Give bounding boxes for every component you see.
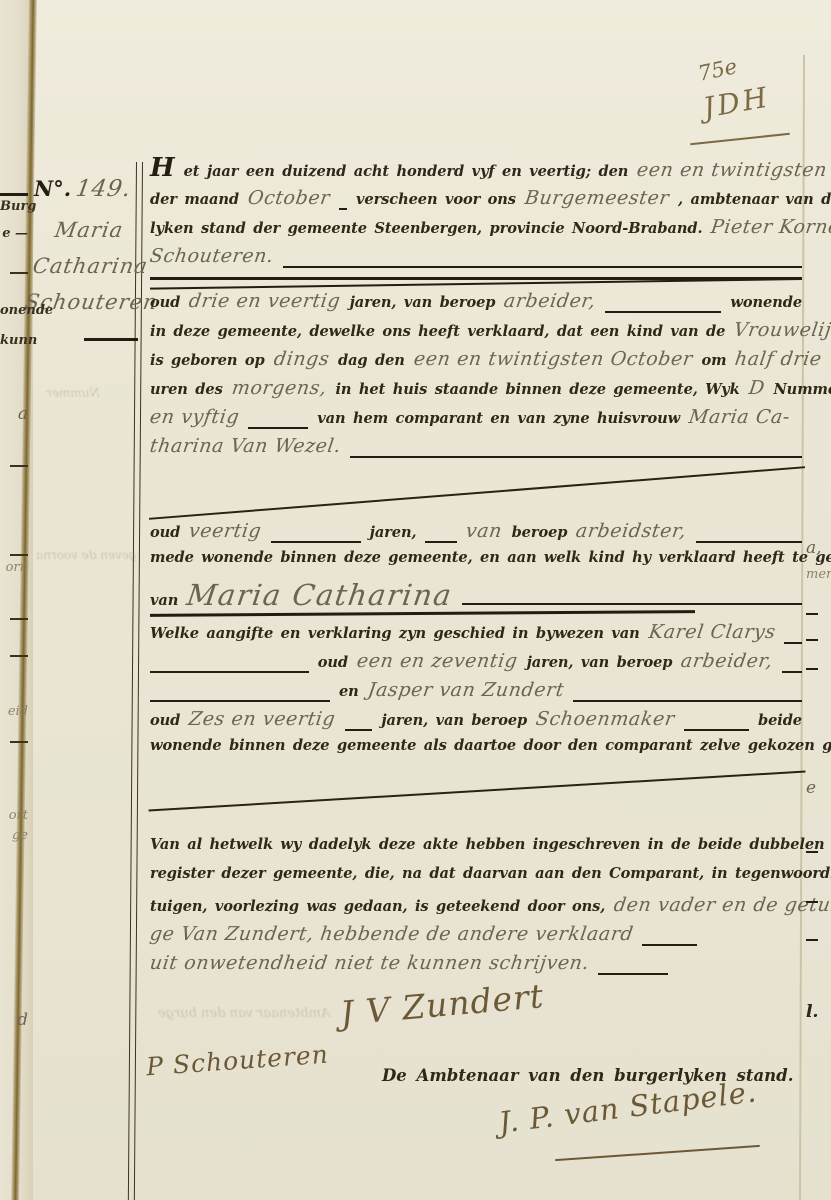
act-line: uren desmorgens,in het huis staande binn… (150, 377, 802, 406)
cut-off-line-stub (0, 605, 28, 624)
cut-off-line-stub (10, 741, 28, 743)
fill-line (150, 671, 309, 673)
cut-off-text-fragment: Burg (0, 195, 28, 214)
handwritten-text: Jasper van Zundert (366, 679, 565, 701)
cut-off-text-fragment: e (806, 778, 816, 798)
cut-off-line-stub (10, 618, 28, 620)
printed-text: tuigen, voorlezing was gedaan, is geteek… (150, 898, 605, 915)
cut-off-text-fragment: eid (0, 700, 28, 719)
act-line: Het jaar een duizend acht honderd vyf en… (150, 158, 802, 187)
printed-text: van (150, 592, 178, 609)
fill-line (684, 729, 749, 731)
cut-off-line-stub (806, 600, 831, 619)
fill-line (605, 311, 721, 313)
cut-off-text-fragment: a, (806, 538, 831, 558)
handwritten-text: dings (272, 348, 330, 370)
cut-off-text-fragment: men (806, 567, 831, 582)
act-line: vanMaria Catharina (150, 578, 802, 611)
cut-off-line-stub (806, 838, 831, 857)
printed-text: in deze gemeente, dewelke ons heeft verk… (150, 323, 725, 340)
printed-text: Van al hetwelk wy dadelyk deze akte hebb… (150, 836, 831, 853)
cut-off-text-fragment: d (17, 1010, 28, 1030)
fill-line (339, 208, 347, 210)
paraph-underline (690, 133, 790, 145)
cut-off-line-stub (806, 926, 831, 945)
cut-off-text-fragment: e (806, 778, 831, 798)
cut-off-line-stub (806, 888, 831, 907)
cut-off-text-fragment: ge (0, 824, 28, 843)
cut-off-line-stub (806, 655, 831, 674)
cut-off-line-stub (10, 465, 28, 467)
witness-signature-text: J V Zundert (339, 976, 546, 1033)
printed-text: wonende binnen deze gemeente als daartoe… (150, 737, 831, 754)
handwritten-name-large: Maria Catharina (185, 578, 455, 612)
cut-off-text-fragment: a (18, 404, 28, 424)
printed-text: en (339, 683, 359, 700)
fill-line (598, 973, 668, 975)
cut-off-text-fragment: a, (806, 538, 822, 558)
cut-off-line-stub (0, 728, 28, 747)
act-line: oudveertigjaren,vanberoeparbeidster, (150, 520, 802, 549)
fee-mark-text: 75e (696, 54, 739, 86)
printed-text: der maand (150, 191, 239, 208)
act-line: en vyftigvan hem comparant en van zyne h… (150, 406, 802, 435)
act-line: ouddrie en veertigjaren, van beroeparbei… (150, 290, 802, 319)
act-line: tharina Van Wezel. (150, 435, 802, 464)
cut-off-line-stub (806, 901, 818, 904)
act-number-value: 149. (74, 176, 133, 202)
clerk-paraph-initials: JDH (701, 80, 773, 124)
cut-off-line-stub (0, 642, 28, 661)
fill-line (350, 456, 802, 458)
act-line: Van al hetwelk wy dadelyk deze akte hebb… (150, 836, 802, 865)
zflourish-flourish (150, 464, 802, 520)
handwritten-text: een en twintigsten October (412, 348, 694, 370)
act-line: mede wonende binnen deze gemeente, en aa… (150, 549, 802, 578)
cut-off-text-fragment: e — (0, 222, 28, 241)
cut-off-line-stub (806, 851, 818, 854)
cut-off-line-stub (806, 626, 831, 645)
printed-text: jaren, van beroep (350, 294, 496, 311)
act-line: register dezer gemeente, die, na dat daa… (150, 865, 802, 894)
margin-name-text: Catharina (31, 254, 150, 278)
printed-text: van hem comparant en van zyne huisvrouw (317, 410, 680, 427)
handwritten-text: D (747, 377, 766, 399)
printed-text: mede wonende binnen deze gemeente, en aa… (150, 549, 831, 566)
cut-off-text-fragment: d (0, 1010, 28, 1030)
printed-text: Welke aangifte en verklaring zyn geschie… (150, 625, 640, 642)
cut-off-text-fragment: Burg (0, 199, 36, 214)
handwritten-text: drie en veertig (188, 290, 342, 312)
fill-line (248, 427, 308, 429)
fill-line (642, 944, 697, 946)
fill-line (462, 603, 802, 605)
clerk-paraph: JDH (701, 80, 773, 124)
act-body: Het jaar een duizend acht honderd vyf en… (150, 158, 802, 981)
act-line: lyken stand der gemeente Steenbergen, pr… (150, 216, 802, 245)
ink-bleed-text: Ambtenaar van den burge (158, 1006, 330, 1021)
handwritten-text: ge Van Zundert, hebbende de andere verkl… (148, 923, 634, 945)
form-left-border-rule (128, 162, 143, 1200)
printed-text: oud (318, 654, 348, 671)
cut-off-text-fragment: ort (0, 804, 28, 823)
cut-off-text-fragment: l. (806, 1002, 818, 1022)
ink-bleed-text: Nummer (46, 386, 100, 400)
cut-off-line-stub (10, 272, 28, 274)
margin-dash (84, 338, 138, 341)
act-line: Schouteren. (150, 245, 802, 274)
fill-line (784, 642, 802, 644)
printed-text: verscheen voor ons (356, 191, 516, 208)
printed-text: Nummer (773, 381, 831, 398)
handwritten-text: een en zeventig (355, 650, 519, 672)
printed-text: jaren, van beroep (381, 712, 527, 729)
handwritten-text: morgens, (230, 377, 328, 399)
printed-text: beroep (512, 524, 568, 541)
handwritten-text: en vyftig (148, 406, 240, 428)
act-line: der maandOctoberverscheen voor onsBurgem… (150, 187, 802, 216)
cut-off-text-fragment: men (806, 563, 831, 582)
cut-off-line-stub (0, 259, 28, 278)
cut-off-text-fragment: e — (2, 226, 28, 241)
fill-line (782, 671, 802, 673)
act-number-label: N°. (34, 176, 71, 201)
handwritten-text: een en twintigsten (636, 159, 829, 181)
cut-off-text-fragment: kunn (0, 329, 28, 348)
cut-off-text-fragment: a (0, 404, 28, 424)
handwritten-text: arbeidster, (575, 520, 688, 542)
printed-text: , ambtenaar van den Burger- (678, 191, 831, 208)
cut-off-line-stub (0, 452, 28, 471)
handwritten-text: tharina Van Wezel. (148, 435, 342, 457)
printed-text: jaren, van beroep (527, 654, 673, 671)
zflourish2-flourish (150, 766, 802, 836)
fill-line (425, 541, 457, 543)
printed-text: jaren, (370, 524, 417, 541)
cut-off-text-fragment: onende (0, 299, 28, 318)
act-line: oudeen en zeventigjaren, van beroeparbei… (150, 650, 802, 679)
act-line: tuigen, voorlezing was gedaan, is geteek… (150, 894, 802, 923)
margin-name-text: Maria (53, 218, 125, 242)
act-number-block: N°. 149. (34, 176, 131, 202)
handwritten-text: uit onwetendheid niet te kunnen schrijve… (148, 952, 590, 974)
cut-off-line-stub (10, 655, 28, 657)
cut-off-text-fragment: ort (9, 808, 28, 823)
witness-signature: J V Zundert (339, 976, 546, 1033)
handwritten-text: Schoenmaker (535, 708, 677, 730)
cut-off-text-fragment: orn (6, 560, 28, 575)
act-line: wonende binnen deze gemeente als daartoe… (150, 737, 802, 766)
cut-off-line-stub (806, 939, 818, 942)
fill-line (345, 729, 373, 731)
printed-text: dag den (338, 352, 405, 369)
officer-signature-underline (555, 1145, 760, 1161)
act-line: in deze gemeente, dewelke ons heeft verk… (150, 319, 802, 348)
handwritten-text: arbeider, (503, 290, 598, 312)
father-signature-text: P Schouteren (145, 1040, 329, 1082)
taper-flourish (150, 274, 802, 290)
cut-off-text-fragment: eid (8, 704, 28, 719)
handwritten-text: Burgemeester (523, 187, 670, 209)
handwritten-text: veertig (188, 520, 263, 542)
cut-off-text-fragment: onende (0, 303, 53, 318)
cut-off-line-stub (806, 639, 818, 642)
handwritten-text: October (246, 187, 331, 209)
cut-off-text-fragment: kunn (0, 333, 37, 348)
printed-text: register dezer gemeente, die, na dat daa… (150, 865, 831, 882)
fill-line (573, 700, 802, 702)
act-line: oudZes en veertigjaren, van beroepSchoen… (150, 708, 802, 737)
act-line: ge Van Zundert, hebbende de andere verkl… (150, 923, 802, 952)
fill-line (150, 700, 330, 702)
act-line: uit onwetendheid niet te kunnen schrijve… (150, 952, 802, 981)
margin-child-name-line-2: Catharina (33, 254, 148, 278)
act-line: enJasper van Zundert (150, 679, 802, 708)
handwritten-text: Vrouwelijke (733, 319, 831, 341)
printed-text: wonende (730, 294, 802, 311)
handwritten-text: Karel Clarys (647, 621, 777, 643)
cut-off-text-fragment: ge (12, 828, 28, 843)
handwritten-text: Schouteren. (148, 245, 275, 267)
handwritten-text: den vader en de getui- (613, 894, 831, 916)
handwritten-text: Pieter Kornelis (710, 216, 831, 238)
printed-text: in het huis staande binnen deze gemeente… (335, 381, 739, 398)
cut-off-text-fragment: l. (806, 1002, 831, 1022)
handwritten-text: half drie (734, 348, 824, 370)
printed-text: is geboren op (150, 352, 265, 369)
cut-off-text-fragment: orn (0, 556, 28, 575)
father-signature: P Schouteren (145, 1040, 329, 1082)
printed-text: lyken stand der gemeente Steenbergen, pr… (150, 220, 702, 237)
cut-off-line-stub (806, 613, 818, 616)
fill-line (271, 541, 361, 543)
printed-text: beide (758, 712, 802, 729)
ink-bleed-text: geven de voorna (36, 548, 137, 562)
printed-text: oud (150, 712, 180, 729)
printed-dropcap: H (150, 158, 175, 179)
margin-child-name-line-1: Maria (55, 218, 123, 242)
handwritten-text: Zes en veertig (188, 708, 337, 730)
printed-text: oud (150, 294, 180, 311)
printed-text: et jaar een duizend acht honderd vyf en … (184, 163, 629, 180)
act-line: Welke aangifte en verklaring zyn geschie… (150, 621, 802, 650)
handwritten-text: Maria Ca- (688, 406, 792, 428)
fee-mark: 75e (696, 54, 739, 86)
handwritten-text: arbeider, (680, 650, 775, 672)
printed-text: oud (150, 524, 180, 541)
cut-off-line-stub (806, 668, 818, 671)
printed-text: om (702, 352, 727, 369)
fill-line (283, 266, 802, 268)
handwritten-text: van (465, 520, 504, 542)
nameline-flourish (150, 611, 802, 621)
fill-line (696, 541, 802, 543)
printed-text: uren des (150, 381, 223, 398)
act-line: is geboren opdingsdag deneen en twintigs… (150, 348, 802, 377)
